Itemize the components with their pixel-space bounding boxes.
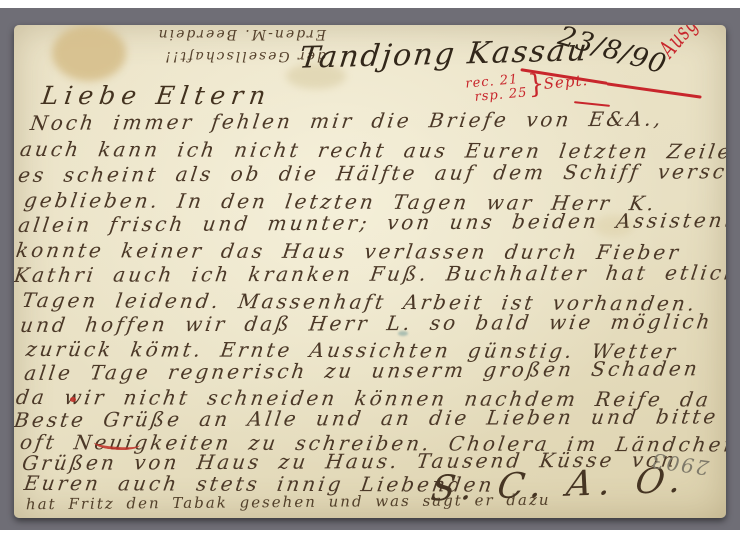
body-line: und hoffen wir daß Herr L. so bald wie m…	[19, 309, 714, 337]
postcard-front: der Gesellschaft!! Erden-M. Beerdein Tan…	[14, 25, 726, 518]
body-line: allein frisch und munter; von uns beiden…	[17, 208, 726, 237]
scanned-postcard-image: der Gesellschaft!! Erden-M. Beerdein Tan…	[0, 0, 740, 557]
red-ink-speck	[70, 397, 76, 402]
body-line: Beste Grüße an Alle und an die Lieben un…	[14, 404, 726, 432]
replied-date: rsp. 25	[466, 86, 528, 105]
blue-ink-smudge	[398, 331, 408, 336]
red-underline	[606, 82, 701, 98]
red-received-annotation: rec. 21 rsp. 25 } Sept.	[465, 72, 528, 105]
body-line: Noch immer fehlen mir die Briefe von E&A…	[29, 107, 665, 135]
postscript-line: Erden-M. Beerdein	[94, 25, 326, 45]
dateline-place: Tandjong Kassau	[298, 33, 591, 76]
body-line: es scheint als ob die Hälfte auf dem Sch…	[17, 159, 726, 187]
body-line: Kathri auch ich kranken Fuß. Buchhalter …	[14, 260, 726, 287]
body-line: alle Tage regnerisch zu unserm großen Sc…	[23, 356, 702, 385]
postscript-line: der Gesellschaft!!	[94, 45, 326, 67]
salutation: Liebe Eltern	[40, 81, 273, 110]
upside-down-postscript: der Gesellschaft!! Erden-M. Beerdein	[94, 25, 326, 67]
